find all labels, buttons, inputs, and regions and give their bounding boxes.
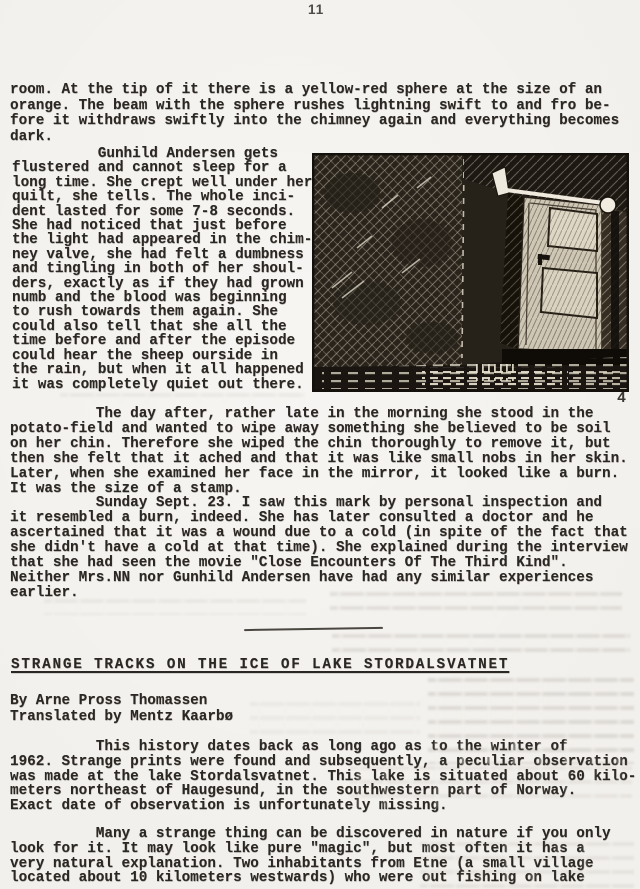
section-divider-line xyxy=(244,627,383,632)
bleedthrough-texture xyxy=(332,634,630,658)
bleedthrough-texture xyxy=(44,599,306,615)
page-number: 11 xyxy=(308,2,324,17)
bleedthrough-texture xyxy=(60,393,305,405)
paragraph-beam-sphere: room. At the tip of it there is a yellow… xyxy=(10,83,619,146)
paragraph-day-after: The day after, rather late in the mornin… xyxy=(10,407,628,601)
article-heading: STRANGE TRACKS ON THE ICE OF LAKE STORDA… xyxy=(11,657,509,673)
byline: By Arne Pross Thomassen Translated by Me… xyxy=(10,694,233,725)
illustration-room-drawing xyxy=(312,153,629,392)
paragraph-gunhild-column: Gunhild Andersen gets flustered and cann… xyxy=(12,147,312,392)
paragraph-history: This history dates back as long ago as t… xyxy=(10,740,636,814)
figure-number: 4 xyxy=(617,390,626,407)
bleedthrough-texture xyxy=(250,702,420,742)
paragraph-magic: Many a strange thing can be discovered i… xyxy=(10,827,611,886)
room-drawing-svg xyxy=(312,153,629,392)
